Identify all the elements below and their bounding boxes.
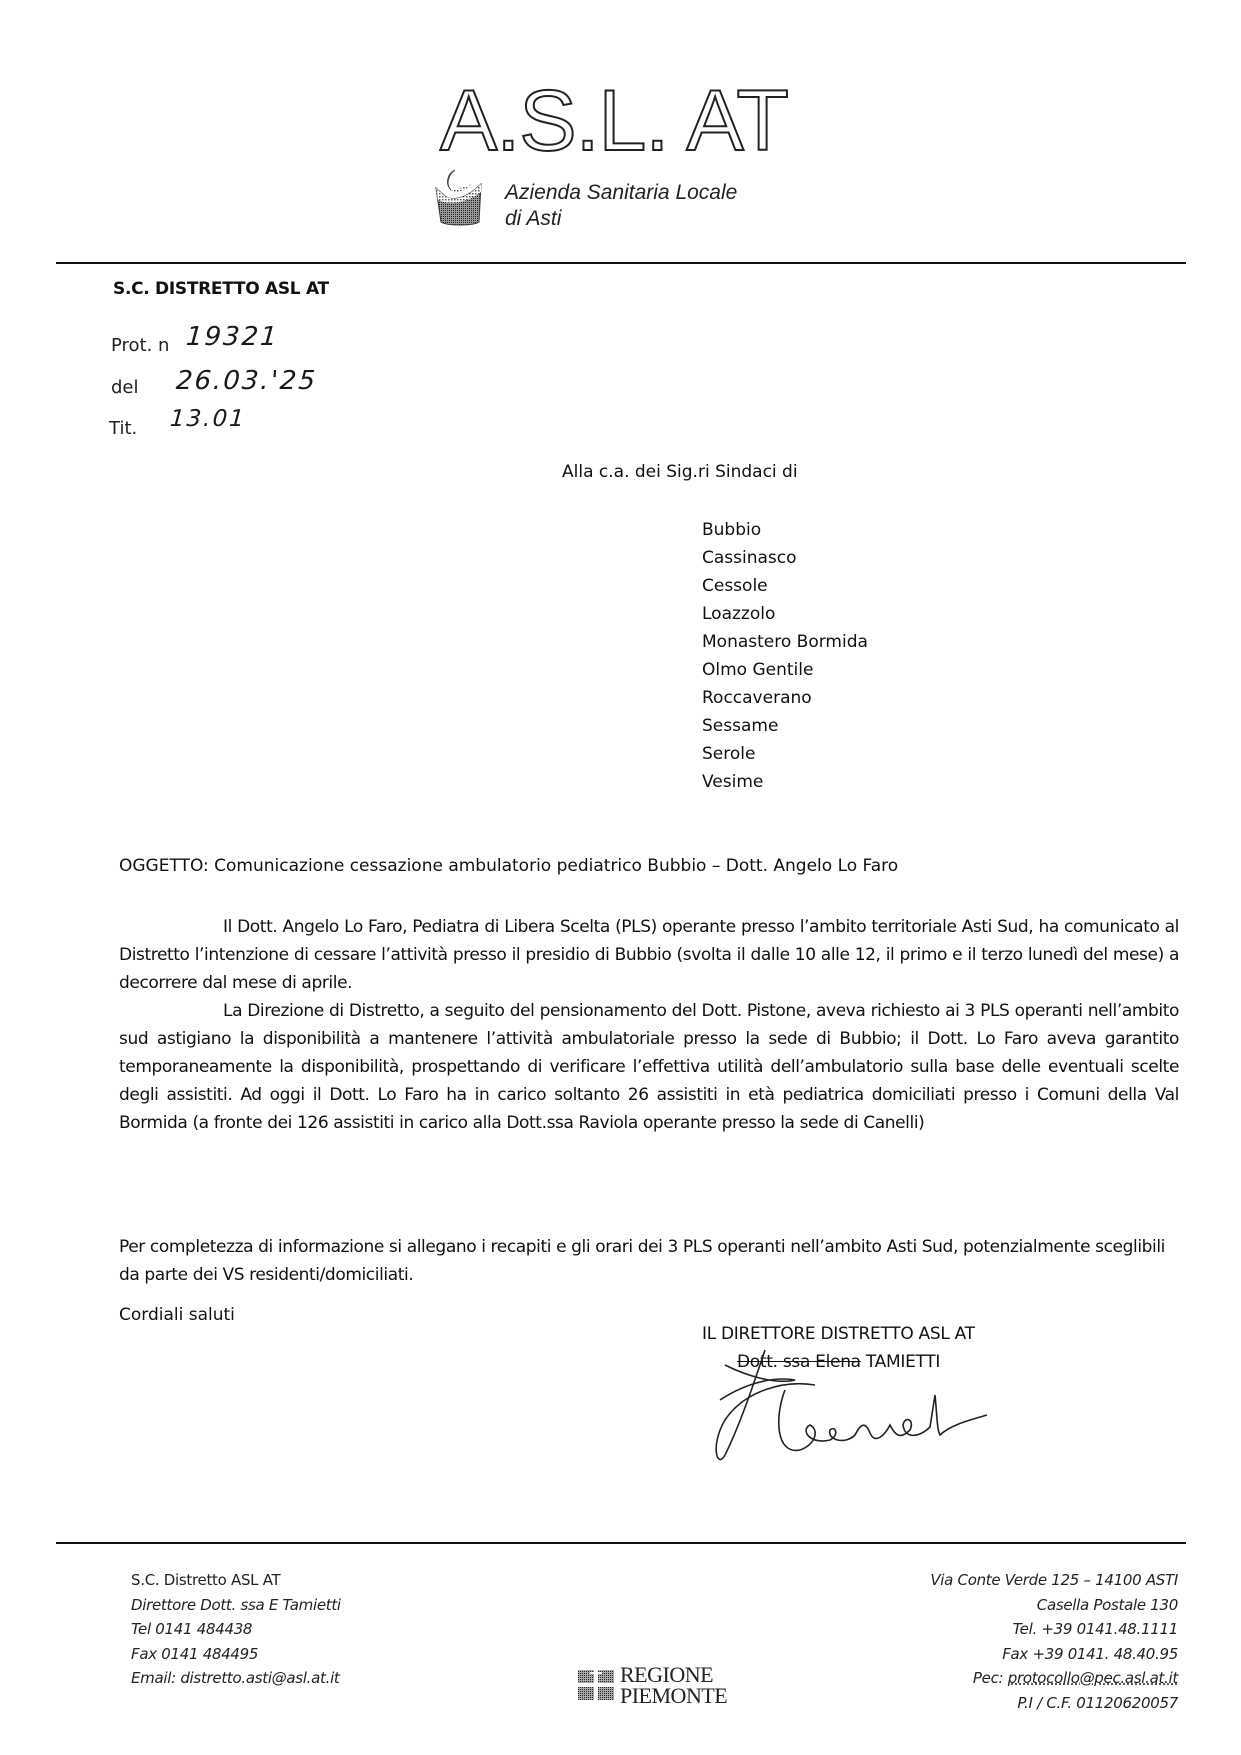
footer-address: Via Conte Verde 125 – 14100 ASTI (930, 1568, 1178, 1593)
logo-title: A.S.L. AT (440, 78, 788, 164)
recipient-item: Loazzolo (702, 600, 868, 628)
subject-line: OGGETTO: Comunicazione cessazione ambula… (119, 856, 898, 876)
footer-divider (56, 1542, 1186, 1544)
regione-line2: PIEMONTE (620, 1685, 727, 1706)
department-label: S.C. DISTRETTO ASL AT (113, 279, 329, 299)
footer-pec-label: Pec: (973, 1669, 1003, 1687)
regione-piemonte-text: REGIONE PIEMONTE (620, 1664, 727, 1706)
footer-asl-phone: Tel. +39 0141.48.1111 (930, 1617, 1178, 1642)
recipient-item: Roccaverano (702, 684, 868, 712)
logo-subtitle-line1: Azienda Sanitaria Locale (505, 180, 737, 206)
recipients-intro: Alla c.a. dei Sig.ri Sindaci di (562, 462, 798, 482)
body-paragraph-2: La Direzione di Distretto, a seguito del… (119, 997, 1179, 1137)
regione-piemonte-flag-icon (576, 1667, 616, 1703)
recipient-item: Olmo Gentile (702, 656, 868, 684)
signatory-title: IL DIRETTORE DISTRETTO ASL AT (702, 1324, 975, 1344)
recipient-item: Monastero Bormida (702, 628, 868, 656)
footer-pec: Pec: protocollo@pec.asl.at.it (930, 1666, 1178, 1691)
recipient-item: Vesime (702, 768, 868, 796)
protocol-title-label: Tit. (109, 418, 137, 439)
protocol-title-value: 13.01 (169, 406, 247, 432)
protocol-number-label: Prot. n (111, 335, 169, 356)
footer-asl-fax: Fax +39 0141. 48.40.95 (930, 1642, 1178, 1667)
footer-asl-contacts: Via Conte Verde 125 – 14100 ASTI Casella… (930, 1568, 1178, 1715)
recipient-item: Bubbio (702, 516, 868, 544)
recipients-list: Bubbio Cassinasco Cessole Loazzolo Monas… (702, 516, 868, 796)
letter-body: Il Dott. Angelo Lo Faro, Pediatra di Lib… (119, 913, 1179, 1137)
protocol-date-label: del (111, 377, 139, 398)
regione-line1: REGIONE (620, 1664, 727, 1685)
recipient-item: Cessole (702, 572, 868, 600)
body-paragraph-3: Per completezza di informazione si alleg… (119, 1233, 1179, 1289)
recipient-item: Sessame (702, 712, 868, 740)
logo-subtitle: Azienda Sanitaria Locale di Asti (505, 180, 737, 232)
footer-director: Direttore Dott. ssa E Tamietti (131, 1593, 341, 1618)
footer-district-fax: Fax 0141 484495 (131, 1642, 341, 1667)
body-paragraph-1: Il Dott. Angelo Lo Faro, Pediatra di Lib… (119, 913, 1179, 997)
recipient-item: Serole (702, 740, 868, 768)
protocol-number-value: 19321 (185, 322, 280, 352)
letter-attachments-note: Per completezza di informazione si alleg… (119, 1233, 1179, 1289)
header-divider (56, 262, 1186, 264)
footer-district-phone: Tel 0141 484438 (131, 1617, 341, 1642)
recipient-item: Cassinasco (702, 544, 868, 572)
footer-vat-number: P.I / C.F. 01120620057 (930, 1691, 1178, 1716)
regione-piemonte-logo: REGIONE PIEMONTE (576, 1664, 727, 1706)
footer-district-contacts: S.C. Distretto ASL AT Direttore Dott. ss… (131, 1568, 341, 1691)
footer-pec-email[interactable]: protocollo@pec.asl.at.it (1008, 1669, 1178, 1687)
footer-po-box: Casella Postale 130 (930, 1593, 1178, 1618)
footer-district-email[interactable]: Email: distretto.asti@asl.at.it (131, 1666, 341, 1691)
asl-emblem-icon (433, 166, 485, 230)
footer-district-name: S.C. Distretto ASL AT (131, 1568, 341, 1593)
handwritten-signature-icon (705, 1345, 1005, 1475)
logo-subtitle-line2: di Asti (505, 206, 737, 232)
protocol-date-value: 26.03.'25 (175, 366, 318, 396)
closing-greeting: Cordiali saluti (119, 1305, 235, 1325)
